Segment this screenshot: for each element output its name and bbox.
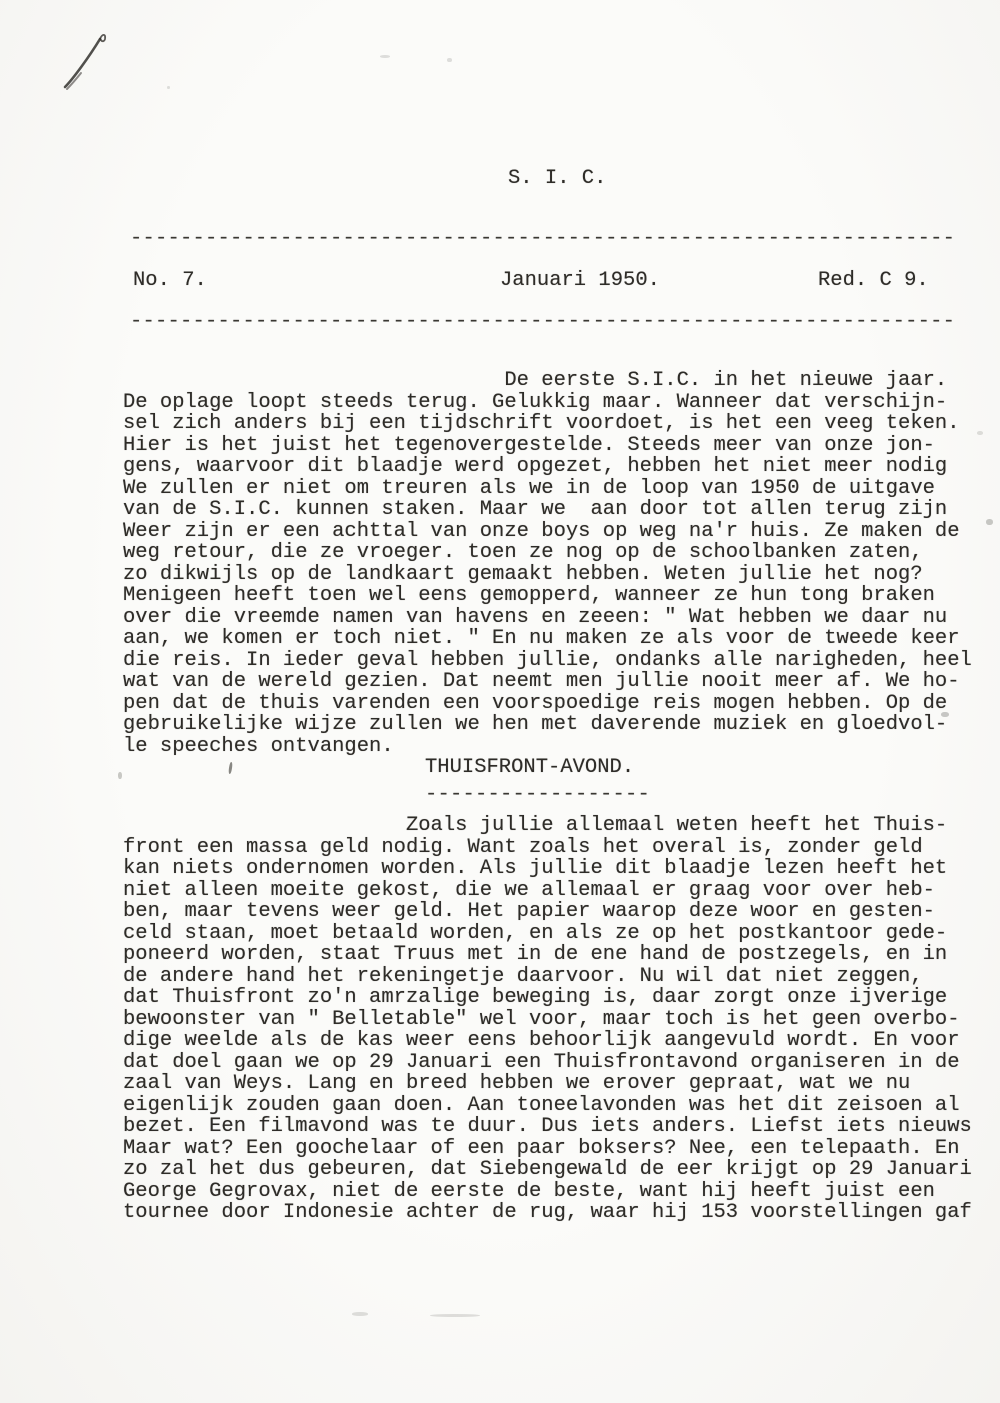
- ink-speck: [430, 1314, 480, 1317]
- ink-speck: [228, 762, 233, 774]
- text-line: We zullen er niet om treuren als we in d…: [123, 478, 972, 500]
- text-line: weg retour, die ze vroeger. toen ze nog …: [123, 542, 972, 564]
- text-line: George Gegrovax, niet de eerste de beste…: [123, 1181, 972, 1203]
- document-title: S. I. C.: [508, 168, 606, 190]
- text-line: le speeches ontvangen.: [123, 736, 972, 758]
- text-line: niet alleen moeite gekost, die we allema…: [123, 880, 972, 902]
- intro-paragraph: De eerste S.I.C. in het nieuwe jaar.De o…: [123, 370, 972, 757]
- ink-speck: [167, 86, 170, 89]
- text-line: Menigeen heeft toen wel eens gemopperd, …: [123, 585, 972, 607]
- text-line: ben, maar tevens weer geld. Het papier w…: [123, 901, 972, 923]
- text-line: Hier is het juist het tegenovergestelde.…: [123, 435, 972, 457]
- text-line: gens, waarvoor dit blaadje werd opgezet,…: [123, 456, 972, 478]
- text-line: Weer zijn er een achttal van onze boys o…: [123, 521, 972, 543]
- masthead-issue-number: No. 7.: [133, 270, 207, 292]
- text-line: zo dikwijls op de landkaart gemaakt hebb…: [123, 564, 972, 586]
- text-line: dat Thuisfront zo'n amrzalige beweging i…: [123, 987, 972, 1009]
- text-line: pen dat de thuis varenden een voorspoedi…: [123, 693, 972, 715]
- text-line: van de S.I.C. kunnen staken. Maar we aan…: [123, 499, 972, 521]
- text-line: Zoals jullie allemaal weten heeft het Th…: [123, 815, 972, 837]
- text-line: sel zich anders bij een tijdschrift voor…: [123, 413, 972, 435]
- masthead-date: Januari 1950.: [500, 270, 660, 292]
- ink-speck: [977, 431, 983, 435]
- ink-speck: [352, 1312, 368, 1316]
- text-line: zaal van Weys. Lang en breed hebben we e…: [123, 1073, 972, 1095]
- text-line: over die vreemde namen van havens en zee…: [123, 607, 972, 629]
- section-heading-underline: ------------------: [425, 784, 650, 806]
- text-line: Maar wat? Een goochelaar of een paar bok…: [123, 1138, 972, 1160]
- text-line: bezet. Een filmavond was te duur. Dus ie…: [123, 1116, 972, 1138]
- section-body-paragraph: Zoals jullie allemaal weten heeft het Th…: [123, 815, 972, 1224]
- text-line: front een massa geld nodig. Want zoals h…: [123, 837, 972, 859]
- ink-speck: [380, 55, 390, 58]
- ink-speck: [986, 519, 993, 525]
- text-line: bewoonster van " Belletable" wel voor, m…: [123, 1009, 972, 1031]
- text-line: de andere hand het rekeningetje daarvoor…: [123, 966, 972, 988]
- ink-speck: [941, 712, 949, 717]
- scanned-document-page: S. I. C. -------------------------------…: [0, 0, 1000, 1403]
- divider-rule-bottom: ----------------------------------------…: [130, 311, 955, 333]
- text-line: De oplage loopt steeds terug. Gelukkig m…: [123, 392, 972, 414]
- text-line: dat doel gaan we op 29 Januari een Thuis…: [123, 1052, 972, 1074]
- ink-speck: [447, 58, 452, 62]
- text-line: poneerd worden, staat Truus met in de en…: [123, 944, 972, 966]
- text-line: wat van de wereld gezien. Dat neemt men …: [123, 671, 972, 693]
- pen-mark: [55, 25, 117, 99]
- text-line: die reis. In ieder geval hebben jullie, …: [123, 650, 972, 672]
- ink-speck: [118, 772, 122, 779]
- section-heading: THUISFRONT-AVOND.: [425, 757, 634, 779]
- text-line: De eerste S.I.C. in het nieuwe jaar.: [123, 370, 972, 392]
- text-line: eigenlijk zouden gaan doen. Aan toneelav…: [123, 1095, 972, 1117]
- text-line: gebruikelijke wijze zullen we hen met da…: [123, 714, 972, 736]
- masthead-editor-code: Red. C 9.: [818, 270, 929, 292]
- text-line: kan niets ondernomen worden. Als jullie …: [123, 858, 972, 880]
- text-line: tournee door Indonesie achter de rug, wa…: [123, 1202, 972, 1224]
- text-line: zo zal het dus gebeuren, dat Siebengewal…: [123, 1159, 972, 1181]
- divider-rule-top: ----------------------------------------…: [130, 228, 955, 250]
- text-line: aan, we komen er toch niet. " En nu make…: [123, 628, 972, 650]
- text-line: celd staan, moet betaald worden, en als …: [123, 923, 972, 945]
- text-line: dige weelde als de kas weer eens behoorl…: [123, 1030, 972, 1052]
